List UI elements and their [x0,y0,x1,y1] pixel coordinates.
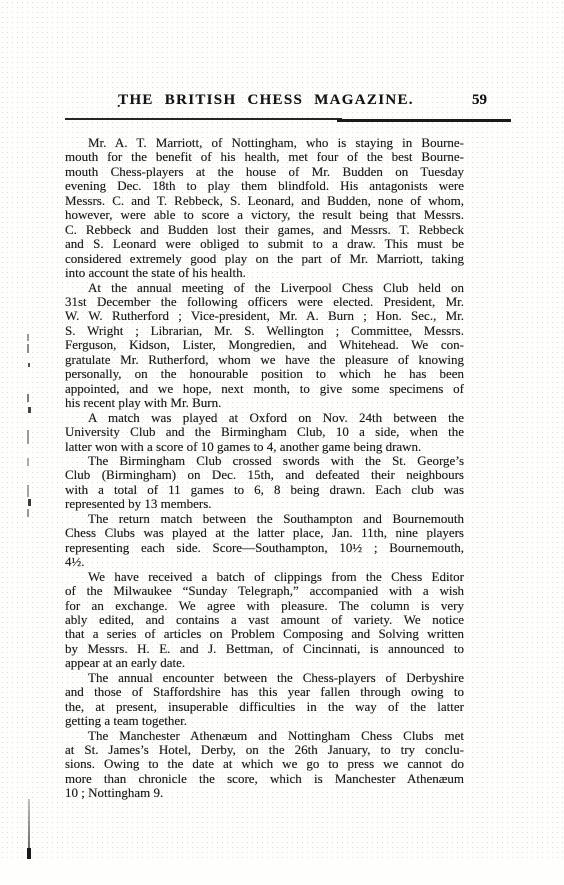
text-line: getting a team together. [65,714,464,728]
scan-artifact [28,799,30,849]
scan-artifact [27,344,29,353]
text-line: representing each side. Score—Southampto… [65,541,464,555]
text-line: At the annual meeting of the Liverpool C… [65,281,464,295]
text-line: ably edited, and contains a vast amount … [65,613,464,627]
scan-artifact [27,485,29,497]
text-line: Ferguson, Kidson, Lister, Mongredien, an… [65,338,464,352]
text-line: his recent play with Mr. Burn. [65,396,464,410]
text-line: for an exchange. We agree with pleasure.… [65,599,464,613]
text-line: A match was played at Oxford on Nov. 24t… [65,411,464,425]
article-body: Mr. A. T. Marriott, of Nottingham, who i… [65,136,464,801]
text-line: 10 ; Nottingham 9. [65,786,464,800]
text-line: with a total of 11 games to 6, 8 being d… [65,483,464,497]
text-line: latter won with a score of 10 games to 4… [65,440,464,454]
scan-artifact [28,363,30,367]
text-line: considered extremely good play on the pa… [65,252,464,266]
text-line: 4½. [65,555,464,569]
scan-artifact [28,499,31,506]
text-line: 31st December the following officers wer… [65,295,464,309]
text-line: that a series of articles on Problem Com… [65,627,464,641]
text-line: and those of Staffordshire has this year… [65,685,464,699]
text-line: We have received a batch of clippings fr… [65,570,464,584]
text-line: appointed, and we hope, next month, to g… [65,382,464,396]
text-line: the, at present, insuperable difficultie… [65,700,464,714]
paragraph: The annual encounter between the Chess-p… [65,671,464,729]
text-line: S. Wright ; Librarian, Mr. S. Wellington… [65,324,464,338]
header-rule-right-segment [337,119,511,121]
text-line: of the Milwaukee “Sunday Telegraph,” acc… [65,584,464,598]
paragraph: The Birmingham Club crossed swords with … [65,454,464,512]
text-line: The Birmingham Club crossed swords with … [65,454,464,468]
scan-artifact [28,407,31,413]
paragraph: At the annual meeting of the Liverpool C… [65,281,464,411]
text-line: The Manchester Athenæum and Nottingham C… [65,729,464,743]
text-line: Club (Birmingham) on Dec. 15th, and defe… [65,468,464,482]
paragraph: We have received a batch of clippings fr… [65,570,464,671]
text-line: evening Dec. 18th to play them blindfold… [65,179,464,193]
text-line: C. Rebbeck and Budden lost their games, … [65,223,464,237]
scan-artifact [27,458,29,466]
text-line: sions. Owing to the date at which we go … [65,757,464,771]
paragraph: A match was played at Oxford on Nov. 24t… [65,411,464,454]
scan-artifact [27,334,29,341]
text-line: represented by 13 members. [65,497,464,511]
paragraph: The Manchester Athenæum and Nottingham C… [65,729,464,801]
text-line: mouth for the benefit of his health, met… [65,150,464,164]
paragraph: The return match between the Southampton… [65,512,464,570]
text-line: The annual encounter between the Chess-p… [65,671,464,685]
page-number: 59 [472,92,487,109]
scan-artifact [27,394,29,402]
text-line: by Messrs. H. E. and J. Bettman, of Cinc… [65,642,464,656]
scan-artifact [27,509,29,517]
text-line: W. W. Rutherford ; Vice-president, Mr. A… [65,309,464,323]
text-line: and S. Leonard were obliged to submit to… [65,237,464,251]
text-line: mouth Chess-players at the house of Mr. … [65,165,464,179]
text-line: Mr. A. T. Marriott, of Nottingham, who i… [65,136,464,150]
text-line: more than chronicle the score, which is … [65,772,464,786]
text-line: University Club and the Birmingham Club,… [65,425,464,439]
scan-artifact [27,430,29,444]
text-line: personally, on the honourable position t… [65,367,464,381]
page-title: THE BRITISH CHESS MAGAZINE. [66,92,466,109]
text-line: however, were able to score a victory, t… [65,208,464,222]
header-rule-left-segment [65,118,342,120]
text-line: Chess Clubs was played at the latter pla… [65,526,464,540]
text-line: gratulate Mr. Rutherford, whom we have t… [65,353,464,367]
text-line: The return match between the Southampton… [65,512,464,526]
text-line: Messrs. C. and T. Rebbeck, S. Leonard, a… [65,194,464,208]
paragraph: Mr. A. T. Marriott, of Nottingham, who i… [65,136,464,281]
text-line: into account the state of his health. [65,266,464,280]
scan-artifact [27,848,31,859]
text-line: appear at an early date. [65,656,464,670]
text-line: at St. James’s Hotel, Derby, on the 26th… [65,743,464,757]
magazine-page: . THE BRITISH CHESS MAGAZINE. 59 Mr. A. … [0,0,564,885]
